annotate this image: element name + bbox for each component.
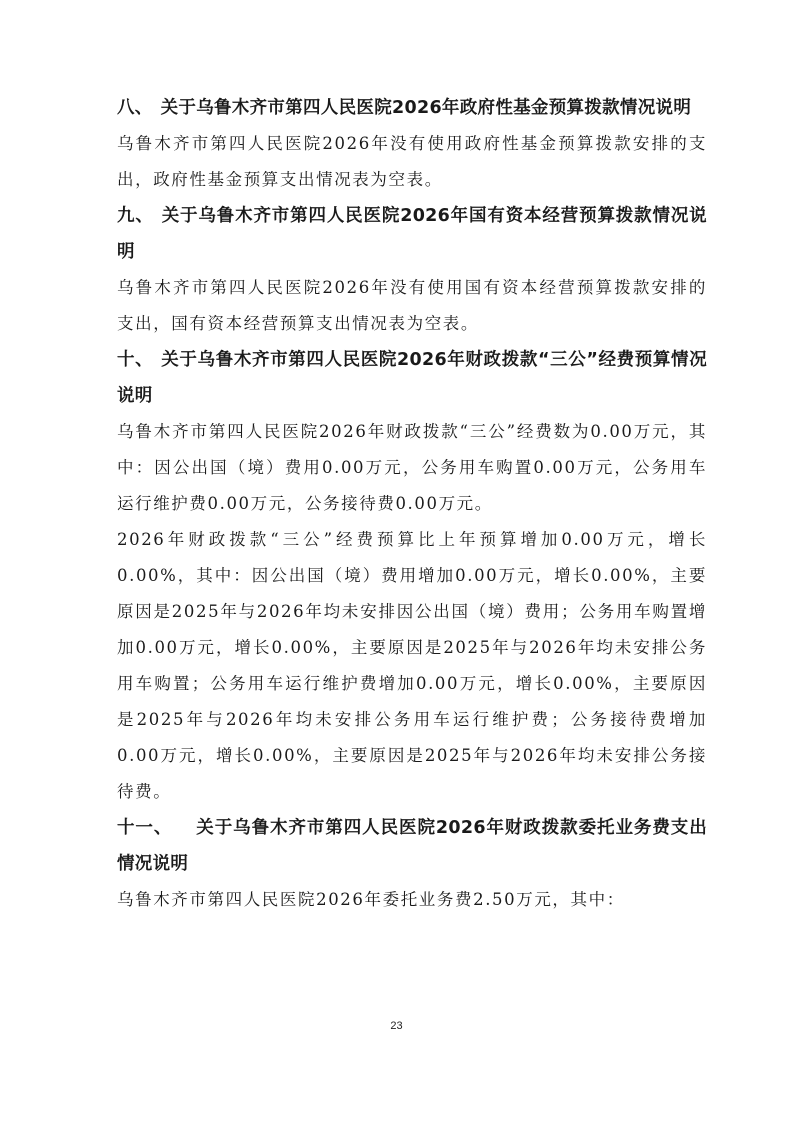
page-number: 23 (0, 1020, 793, 1032)
section-heading: 十、关于乌鲁木齐市第四人民医院2026年财政拨款“三公”经费预算情况说明 (117, 342, 707, 414)
section-heading-text: 关于乌鲁木齐市第四人民医院2026年财政拨款“三公”经费预算情况说明 (117, 350, 707, 406)
section-heading-text: 关于乌鲁木齐市第四人民医院2026年政府性基金预算拨款情况说明 (161, 98, 692, 118)
section-9: 九、关于乌鲁木齐市第四人民医院2026年国有资本经营预算拨款情况说明 乌鲁木齐市… (117, 198, 707, 342)
paragraph: 2026年财政拨款“三公”经费预算比上年预算增加0.00万元，增长0.00%，其… (117, 522, 707, 810)
section-11: 十一、关于乌鲁木齐市第四人民医院2026年财政拨款委托业务费支出情况说明 乌鲁木… (117, 810, 707, 918)
section-8: 八、关于乌鲁木齐市第四人民医院2026年政府性基金预算拨款情况说明 乌鲁木齐市第… (117, 90, 707, 198)
section-heading: 八、关于乌鲁木齐市第四人民医院2026年政府性基金预算拨款情况说明 (117, 90, 707, 126)
document-page: 八、关于乌鲁木齐市第四人民医院2026年政府性基金预算拨款情况说明 乌鲁木齐市第… (0, 0, 793, 1122)
paragraph: 乌鲁木齐市第四人民医院2026年财政拨款“三公”经费数为0.00万元，其中：因公… (117, 414, 707, 522)
section-heading-text: 关于乌鲁木齐市第四人民医院2026年国有资本经营预算拨款情况说明 (117, 206, 707, 262)
paragraph: 乌鲁木齐市第四人民医院2026年委托业务费2.50万元，其中： (117, 882, 707, 918)
document-body: 八、关于乌鲁木齐市第四人民医院2026年政府性基金预算拨款情况说明 乌鲁木齐市第… (117, 90, 707, 918)
section-number: 九、 (117, 206, 154, 226)
paragraph: 乌鲁木齐市第四人民医院2026年没有使用政府性基金预算拨款安排的支出，政府性基金… (117, 126, 707, 198)
section-number: 十、 (117, 350, 153, 370)
section-number: 十一、 (117, 818, 172, 838)
section-number: 八、 (117, 98, 153, 118)
paragraph: 乌鲁木齐市第四人民医院2026年没有使用国有资本经营预算拨款安排的支出，国有资本… (117, 270, 707, 342)
section-heading: 十一、关于乌鲁木齐市第四人民医院2026年财政拨款委托业务费支出情况说明 (117, 810, 707, 882)
section-10: 十、关于乌鲁木齐市第四人民医院2026年财政拨款“三公”经费预算情况说明 乌鲁木… (117, 342, 707, 810)
section-heading: 九、关于乌鲁木齐市第四人民医院2026年国有资本经营预算拨款情况说明 (117, 198, 707, 270)
section-heading-text: 关于乌鲁木齐市第四人民医院2026年财政拨款委托业务费支出情况说明 (117, 818, 707, 874)
